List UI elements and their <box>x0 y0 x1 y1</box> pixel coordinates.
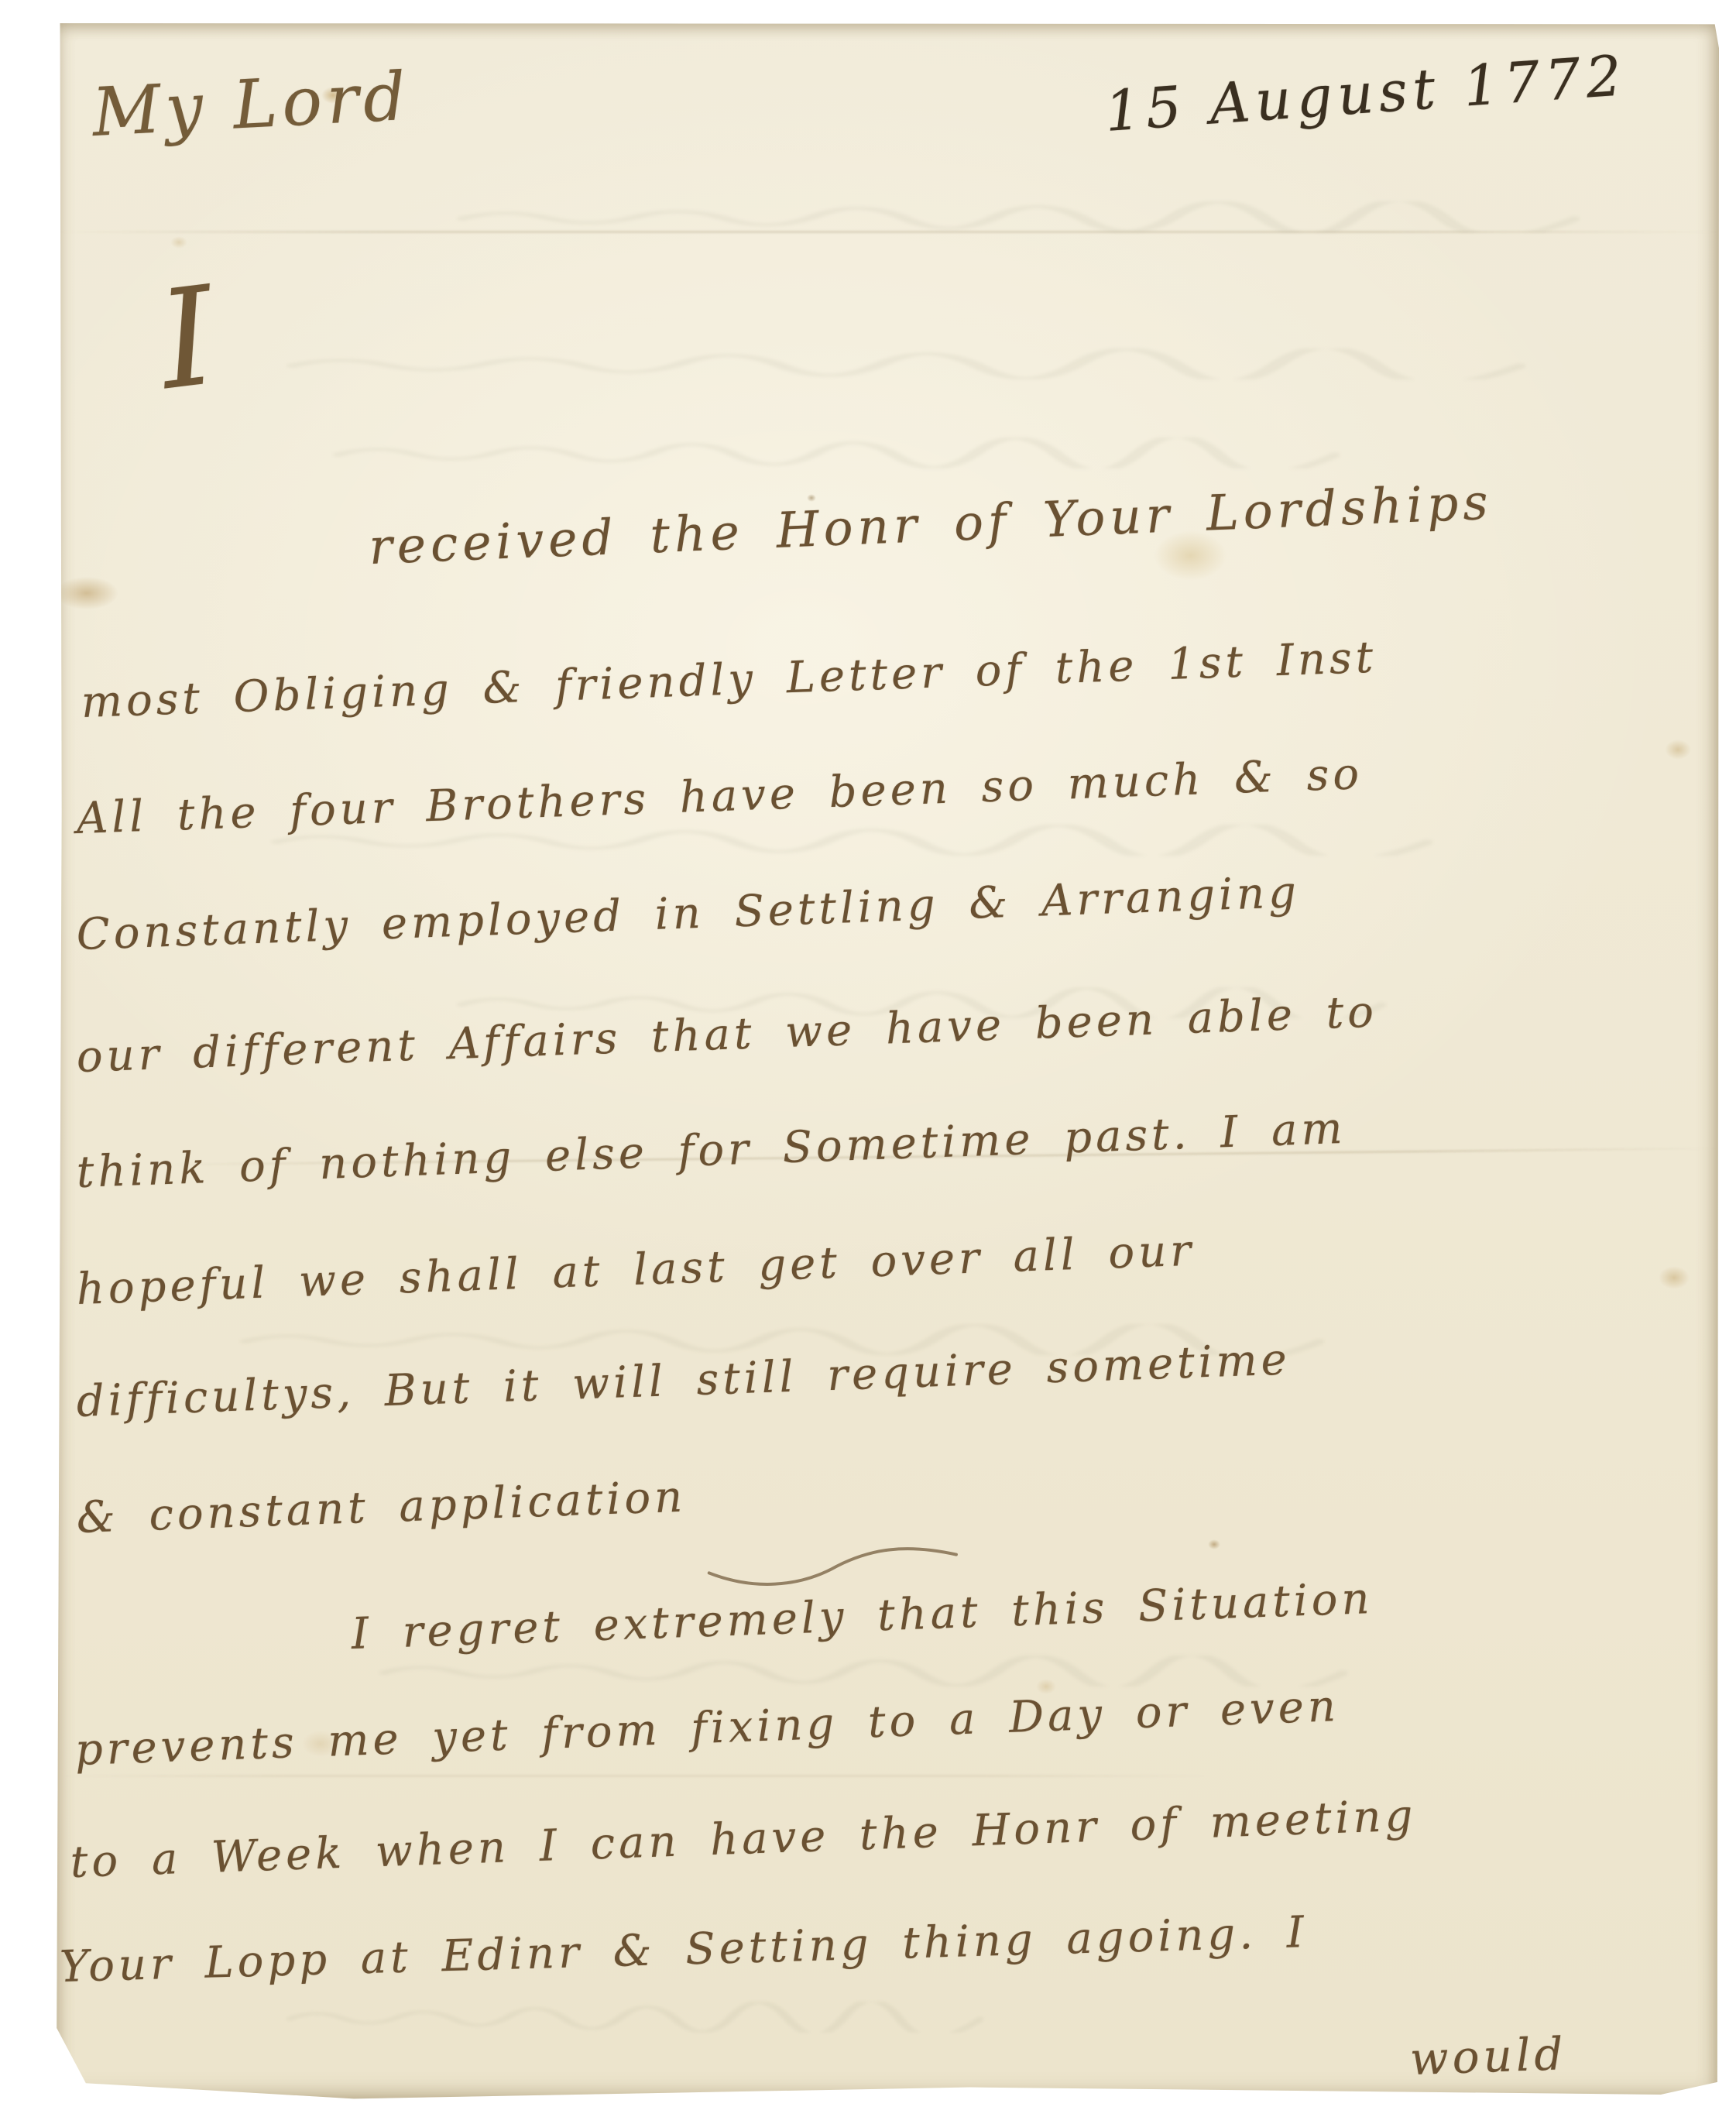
foxing-spot <box>1659 1266 1690 1289</box>
foxing-spot <box>170 236 187 249</box>
salutation: My Lord <box>91 58 413 152</box>
catchword: would <box>1409 2027 1568 2085</box>
ink-showthrough <box>286 2002 983 2033</box>
letter-line: hopeful we shall at last get over all ou… <box>76 1226 1196 1315</box>
foxing-spot <box>1208 1539 1220 1549</box>
scan-background: My Lord 15 August 1772 I received the Ho… <box>0 0 1736 2124</box>
letter-line: to a Week when I can have the Honr of me… <box>70 1790 1418 1888</box>
letter-line: prevents me yet from fixing to a Day or … <box>74 1681 1340 1776</box>
letter-line: most Obliging & friendly Letter of the 1… <box>81 633 1378 728</box>
letter-line: Your Lopp at Edinr & Setting thing agoin… <box>59 1907 1308 1992</box>
pen-flourish <box>703 1525 961 1592</box>
date-line: 15 August 1772 <box>1103 43 1629 144</box>
ink-showthrough <box>379 1656 1347 1687</box>
ink-showthrough <box>457 201 1580 232</box>
letter-line: I regret extremely that this Situation <box>351 1573 1374 1659</box>
ink-showthrough <box>286 348 1525 379</box>
letter-line: & constant application <box>76 1472 687 1543</box>
ink-showthrough <box>333 437 1340 468</box>
letter-line: our different Affairs that we have been … <box>76 987 1378 1083</box>
letter-line: think of nothing else for Sometime past.… <box>76 1103 1347 1198</box>
letter-line: All the four Brothers have been so much … <box>76 749 1364 844</box>
paragraph-one-initial: I <box>151 258 223 420</box>
letter-line: received the Honr of Your Lordships <box>368 474 1494 575</box>
letter-line: Constantly employed in Settling & Arrang… <box>76 867 1301 960</box>
letter-line: difficultys, But it will still require s… <box>76 1334 1292 1427</box>
foxing-spot <box>1665 739 1691 760</box>
foxing-spot <box>56 577 118 609</box>
letter-page: My Lord 15 August 1772 I received the Ho… <box>54 23 1719 2101</box>
fold-crease <box>54 231 1719 233</box>
fold-crease <box>54 1775 1216 1777</box>
